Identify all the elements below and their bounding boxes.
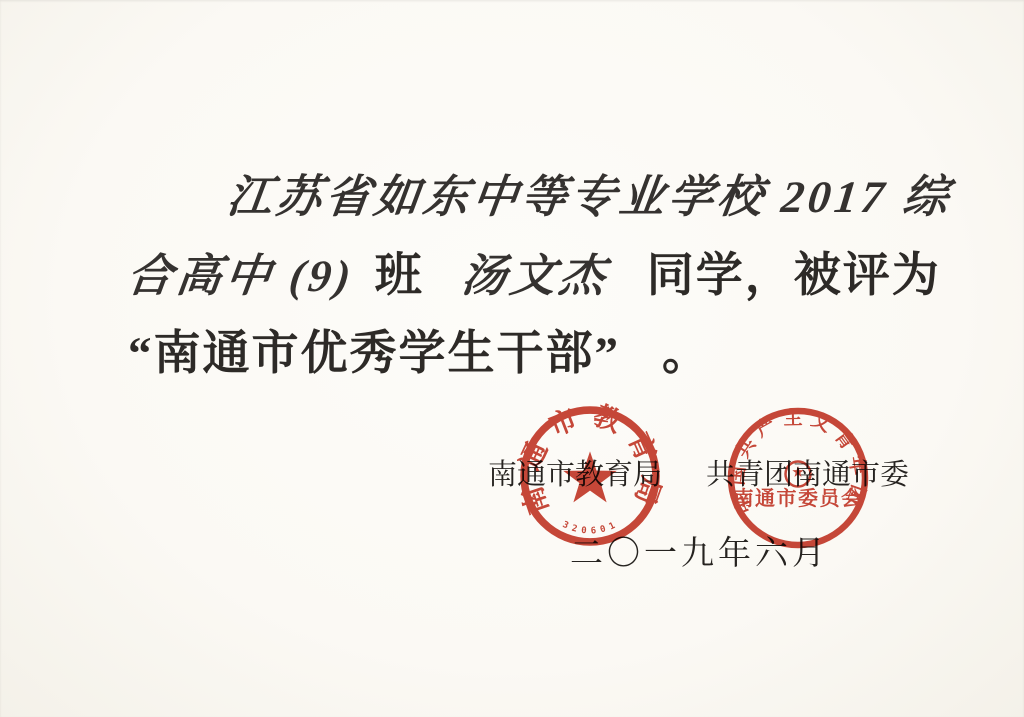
award-title: “南通市优秀学生干部”: [128, 316, 620, 383]
education-bureau-seal: 南通市教育局 3206010001820: [517, 403, 663, 549]
certificate-text-line1: 江苏省如东中等专业学校 2017 综: [228, 160, 953, 225]
star-icon: [563, 451, 617, 502]
class-label: 班: [375, 238, 424, 305]
certificate-text-line3: “南通市优秀学生干部” 。: [128, 316, 711, 383]
template-text: 同学，被评为: [647, 238, 941, 305]
league-emblem-icon: [786, 462, 811, 487]
certificate-page: 江苏省如东中等专业学校 2017 综 合高中 (9) 班 汤文杰 同学，被评为 …: [0, 0, 1024, 717]
youth-league-seal: 中国共产主义青年团 南通市委员会: [724, 404, 872, 552]
certificate-text-line2: 合高中 (9) 班 汤文杰 同学，被评为: [128, 238, 941, 305]
class-script: 合高中 (9): [124, 239, 359, 304]
seal-bottom-text: 南通市委员会: [734, 486, 863, 510]
school-and-year-script: 江苏省如东中等专业学校 2017 综: [224, 160, 956, 225]
student-name-script: 汤文杰: [458, 239, 613, 304]
period-mark: 。: [662, 316, 711, 383]
